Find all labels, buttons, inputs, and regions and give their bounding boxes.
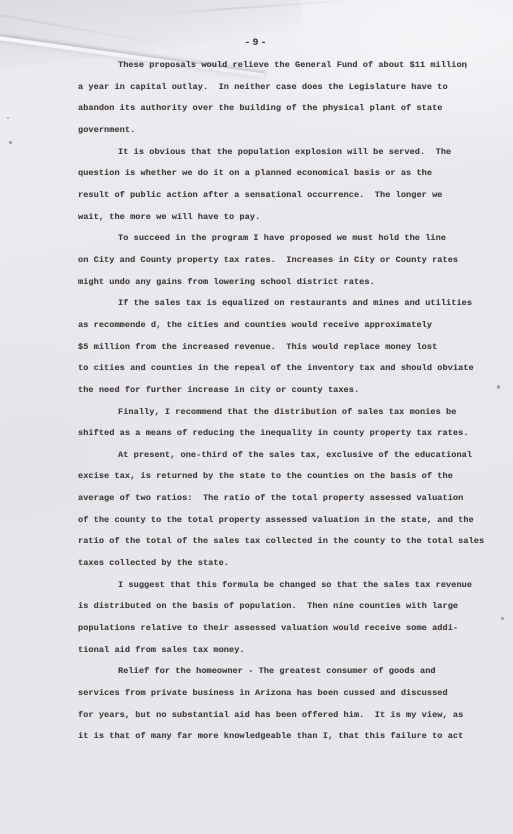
text-line: Finally, I recommend that the distributi…	[78, 402, 490, 424]
document-page: -9- These proposals would relieve the Ge…	[0, 0, 513, 834]
text-line: for years, but no substantial aid has be…	[78, 705, 490, 727]
text-line: on City and County property tax rates. I…	[78, 250, 490, 272]
scan-artifact	[501, 617, 504, 620]
text-line: government.	[78, 120, 490, 142]
text-line: $5 million from the increased revenue. T…	[78, 337, 490, 359]
text-line: taxes collected by the state.	[78, 553, 490, 575]
text-line: ratio of the total of the sales tax coll…	[78, 531, 490, 553]
text-line: If the sales tax is equalized on restaur…	[78, 293, 490, 315]
text-line: of the county to the total property asse…	[78, 510, 490, 532]
text-block: These proposals would relieve the Genera…	[78, 55, 490, 748]
text-line: result of public action after a sensatio…	[78, 185, 490, 207]
text-line: to cities and counties in the repeal of …	[78, 358, 490, 380]
text-line: a year in capital outlay. In neither cas…	[78, 77, 490, 99]
scan-artifact	[7, 117, 9, 119]
text-line: To succeed in the program I have propose…	[78, 228, 490, 250]
scan-artifact	[497, 385, 500, 389]
text-line: excise tax, is returned by the state to …	[78, 466, 490, 488]
text-line: is distributed on the basis of populatio…	[78, 596, 490, 618]
text-line: It is obvious that the population explos…	[78, 142, 490, 164]
text-line: These proposals would relieve the Genera…	[78, 55, 490, 77]
text-line: it is that of many far more knowledgeabl…	[78, 726, 490, 748]
text-line: services from private business in Arizon…	[78, 683, 490, 705]
text-line: At present, one-third of the sales tax, …	[78, 445, 490, 467]
text-line: question is whether we do it on a planne…	[78, 163, 490, 185]
text-line: Relief for the homeowner - The greatest …	[78, 661, 490, 683]
text-line: the need for further increase in city or…	[78, 380, 490, 402]
text-line: wait, the more we will have to pay.	[78, 207, 490, 229]
text-line: populations relative to their assessed v…	[78, 618, 490, 640]
text-line: average of two ratios: The ratio of the …	[78, 488, 490, 510]
text-line: tional aid from sales tax money.	[78, 640, 490, 662]
scan-artifact	[9, 141, 12, 144]
text-line: I suggest that this formula be changed s…	[78, 575, 490, 597]
text-line: might undo any gains from lowering schoo…	[78, 272, 490, 294]
text-line: abandon its authority over the building …	[78, 98, 490, 120]
page-number: -9-	[0, 38, 513, 49]
text-line: as recommende d, the cities and counties…	[78, 315, 490, 337]
text-line: shifted as a means of reducing the inequ…	[78, 423, 490, 445]
